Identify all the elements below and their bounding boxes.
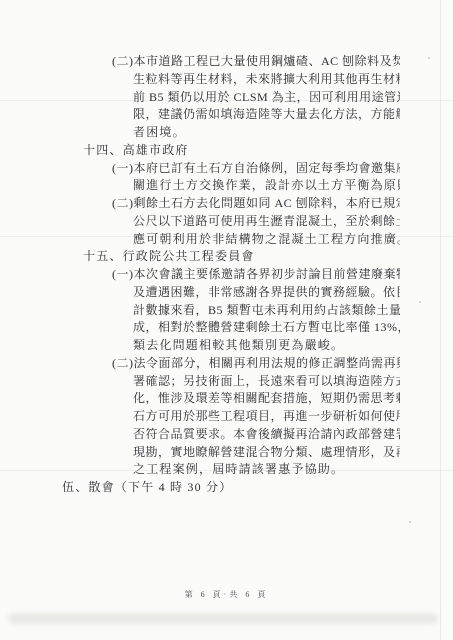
scan-streak-artifact [0,100,453,101]
scan-speck-artifact [419,301,421,303]
doc-line: 現勘，實地瞭解營建混合物分類、處理情形，及再利用 [133,444,400,462]
doc-line: (二)本市道路工程已大量使用鋼爐碴、AC 刨除料及焚化再 [112,53,400,71]
doc-line: (二)剩餘土石方去化問題如同 AC 刨除料，本府已規定 10 [112,195,400,213]
doc-line: 者困境。 [133,124,400,142]
page-body: (二)本市道路工程已大量使用鋼爐碴、AC 刨除料及焚化再生粒料等再生材料，未來將… [0,53,453,497]
doc-line: 十五、行政院公共工程委員會 [83,248,400,266]
scan-streak-artifact [0,236,453,237]
doc-line: (一)本府已訂有土石方自治條例，固定每季均會邀集府內機 [112,160,400,178]
doc-line: (一)本次會議主要係邀請各界初步討論目前營建廢棄物流向 [112,266,400,284]
doc-line: 公尺以下道路可使用再生瀝青混凝土，至於剩餘土石方 [133,213,400,231]
doc-line: 成，相對於整體營建剩餘土石方暫屯比率僅 13%，B5 [133,319,400,337]
doc-line: 化，惟涉及環差等相關配套措施，短期仍需思考剩餘土 [133,390,400,408]
doc-line: (二)法令面部分，相關再利用法規的修正調整尚需再與營建 [112,355,400,373]
scan-streak-artifact [0,470,453,471]
doc-line: 類去化問題相較其他類別更為嚴峻。 [133,337,400,355]
scan-speck-artifact [428,57,430,59]
doc-line: 應可朝利用於非結構物之混凝土工程方向推廣。 [133,231,400,249]
doc-line: 關進行土方交換作業，設計亦以土方平衡為原則。 [133,177,400,195]
doc-line: 伍、散會（下午 4 時 30 分） [62,479,400,497]
doc-line: 計數據來看，B5 類暫屯未再利用約占該類餘土量 3 [133,302,400,320]
doc-line: 否符合品質要求。本會後續擬再洽請內政部營建署安排 [133,426,400,444]
doc-line: 生粒料等再生材料，未來將擴大利用其他再生材料，目 [133,71,400,89]
scanned-document-page: (二)本市道路工程已大量使用鋼爐碴、AC 刨除料及焚化再生粒料等再生材料，未來將… [0,0,453,640]
scan-bottom-shadow-artifact [8,613,438,624]
doc-line: 前 B5 類仍以用於 CLSM 為主，因可利用用途管道有 [133,89,400,107]
doc-line: 限，建議仍需如填海造陸等大量去化方法，方能解決業 [133,106,400,124]
doc-line: 及遭遇困難，非常感謝各界提供的實務經驗。依目前統 [133,284,400,302]
doc-line: 石方可用於那些工程項目，再進一步研析如何使用、是 [133,408,400,426]
scan-edge-line-artifact [440,0,441,640]
doc-line: 署確認；另技術面上，長遠來看可以填海造陸方式去 [133,373,400,391]
scan-speck-artifact [409,521,411,523]
page-number-footer: 第 6 頁·共 6 頁 [0,589,453,600]
doc-line: 十四、高雄市政府 [83,142,400,160]
